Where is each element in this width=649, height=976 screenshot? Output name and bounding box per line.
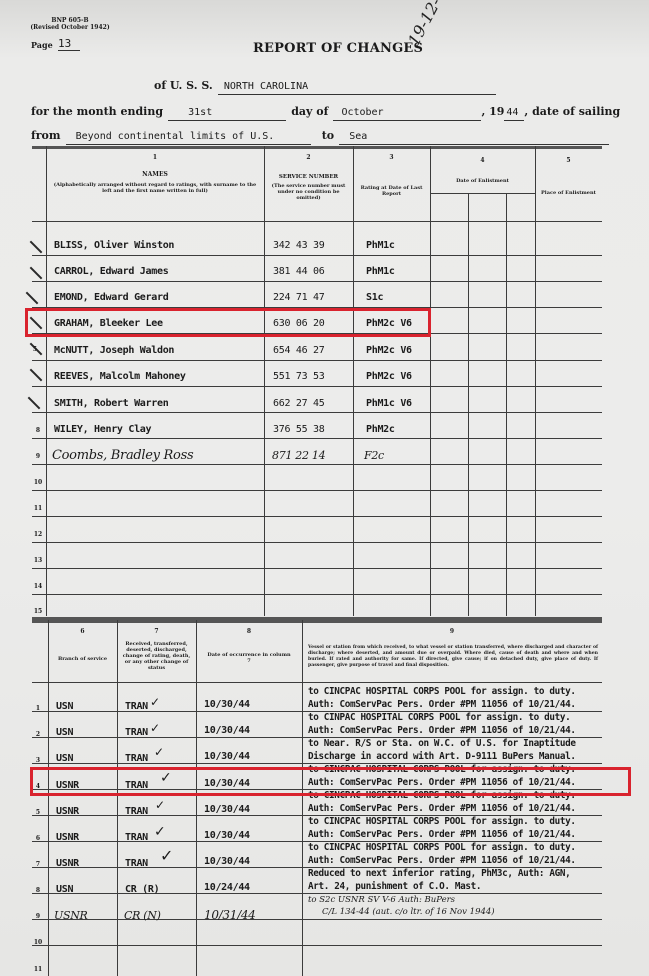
service-number-cell: 342 43 39 xyxy=(273,240,325,251)
day-value: 31st xyxy=(168,107,286,121)
col2-number: 2 xyxy=(264,154,353,161)
col1-note: (Alphabetically arranged without regard … xyxy=(50,182,260,194)
date-cell: 10/30/44 xyxy=(204,856,250,867)
col4-number: 4 xyxy=(430,157,535,164)
branch-cell: USNR xyxy=(56,832,79,843)
row-number: 10 xyxy=(33,479,43,486)
highlight-box-upper-row-4 xyxy=(25,308,431,337)
branch-cell: USN xyxy=(56,701,73,712)
date-cell: 10/30/44 xyxy=(204,699,250,710)
checkmark-icon xyxy=(28,397,41,410)
name-cell: EMOND, Edward Gerard xyxy=(54,292,168,303)
checkmark-icon xyxy=(26,292,39,305)
col1-number: 1 xyxy=(46,154,264,161)
col5-title: Place of Enlistment xyxy=(535,190,602,196)
service-number-cell: 551 73 53 xyxy=(273,371,325,382)
col4-title: Date of Enlistment xyxy=(430,178,535,184)
upper-col-line xyxy=(468,193,469,616)
col9-number: 9 xyxy=(302,628,602,635)
col2-title: SERVICE NUMBER xyxy=(264,174,353,180)
ship-name: NORTH CAROLINA xyxy=(218,81,496,95)
document-title: REPORT OF CHANGES xyxy=(253,41,423,56)
row-number: 5 xyxy=(30,346,40,353)
rating-cell: S1c xyxy=(366,292,383,303)
upper-col-line xyxy=(506,193,507,616)
remarks-line-2: C/L 134-44 (aut. c/o ltr. of 16 Nov 1944… xyxy=(322,906,495,918)
service-number-cell: 376 55 38 xyxy=(273,424,325,435)
enlistment-subheader-line xyxy=(430,193,535,194)
checkmark-icon: ✓ xyxy=(154,745,164,759)
status-cell: TRAN xyxy=(125,753,148,764)
ship-line: of U. S. S. NORTH CAROLINA xyxy=(154,74,496,95)
checkmark-icon xyxy=(30,241,43,254)
remarks-line-1: to CINCPAC HOSPITAL CORPS POOL for assig… xyxy=(308,685,576,698)
row-number: 9 xyxy=(33,913,43,920)
checkmark-icon: ✓ xyxy=(155,798,165,812)
status-cell: TRAN xyxy=(125,832,148,843)
branch-cell: USN xyxy=(56,884,73,895)
from-line: from Beyond continental limits of U.S. t… xyxy=(31,124,609,145)
day-of-label: day of xyxy=(291,105,328,118)
row-line xyxy=(32,945,602,946)
upper-col-line xyxy=(430,146,431,616)
remarks-line-2: Auth: ComServPac Pers. Order #PM 11056 o… xyxy=(308,698,576,711)
branch-cell: USNR xyxy=(54,909,88,922)
lower-col-line xyxy=(196,620,197,976)
branch-cell: USN xyxy=(56,753,73,764)
remarks-line-2: Auth: ComServPac Pers. Order #PM 11056 o… xyxy=(308,724,576,737)
date-cell: 10/31/44 xyxy=(204,908,256,922)
remarks-line-1: to CINCPAC HOSPITAL CORPS POOL for assig… xyxy=(308,815,576,828)
row-number: 8 xyxy=(33,427,43,434)
uss-label: of U. S. S. xyxy=(154,79,213,92)
remarks-line-2: Auth: ComServPac Pers. Order #PM 11056 o… xyxy=(308,828,576,841)
row-number: 1 xyxy=(33,705,43,712)
remarks-line-1: to Near. R/S or Sta. on W.C. of U.S. for… xyxy=(308,737,576,750)
name-cell: SMITH, Robert Warren xyxy=(54,398,168,409)
col6-number: 6 xyxy=(48,628,117,635)
lower-col-line xyxy=(117,620,118,976)
rating-cell: PhM2c xyxy=(366,424,395,435)
to-value: Sea xyxy=(339,131,609,145)
remarks-line-2: Auth: ComServPac Pers. Order #PM 11056 o… xyxy=(308,854,576,867)
remarks-line-2: Auth: ComServPac Pers. Order #PM 11056 o… xyxy=(308,802,576,815)
date-cell: 10/30/44 xyxy=(204,725,250,736)
checkmark-icon xyxy=(30,369,43,382)
month-value: October xyxy=(333,107,481,121)
branch-cell: USN xyxy=(56,727,73,738)
col7-number: 7 xyxy=(117,628,196,635)
row-line xyxy=(32,438,602,439)
page-label: Page xyxy=(31,40,53,50)
remarks-line-1: to CINPAC HOSPITAL CORPS POOL for assign… xyxy=(308,711,570,724)
row-number: 13 xyxy=(33,557,43,564)
col5-number: 5 xyxy=(535,157,602,164)
row-number: 9 xyxy=(33,453,43,460)
service-number-cell: 381 44 06 xyxy=(273,266,325,277)
row-number: 11 xyxy=(33,505,43,512)
row-number: 11 xyxy=(33,966,43,973)
remarks-line-2: Art. 24, punishment of C.O. Mast. xyxy=(308,880,481,893)
rating-cell: F2c xyxy=(364,449,384,462)
status-cell: CR (N) xyxy=(124,909,161,922)
rating-cell: PhM2c V6 xyxy=(366,345,412,356)
status-cell: TRAN xyxy=(125,701,148,712)
date-cell: 10/30/44 xyxy=(204,751,250,762)
col3-title: Rating at Date of Last Report xyxy=(358,185,425,197)
col9-title: Vessel or station from which received, t… xyxy=(308,645,598,669)
row-line xyxy=(32,542,602,543)
row-number: 12 xyxy=(33,531,43,538)
row-number: 5 xyxy=(33,809,43,816)
row-number: 2 xyxy=(33,731,43,738)
name-cell: Coombs, Bradley Ross xyxy=(52,448,193,463)
branch-cell: USNR xyxy=(56,806,79,817)
from-value: Beyond continental limits of U.S. xyxy=(66,131,311,145)
col7-title: Received, transferred, deserted, dischar… xyxy=(120,641,193,671)
from-label: from xyxy=(31,129,61,142)
year-prefix: , 19 xyxy=(481,105,504,118)
row-line xyxy=(32,919,602,920)
row-line xyxy=(32,568,602,569)
upper-header-bottom-border xyxy=(32,221,602,222)
form-number: BNP 605-B xyxy=(30,17,110,24)
name-cell: CARROL, Edward James xyxy=(54,266,168,277)
name-cell: WILEY, Henry Clay xyxy=(54,424,151,435)
row-line xyxy=(32,386,602,387)
remarks-line-2: Discharge in accord with Art. D-9111 BuP… xyxy=(308,750,576,763)
status-cell: TRAN xyxy=(125,806,148,817)
checkmark-icon: ✓ xyxy=(154,824,166,840)
upper-table-top-border xyxy=(32,146,602,149)
row-number: 8 xyxy=(33,887,43,894)
checkmark-icon: ✓ xyxy=(150,695,160,709)
row-line xyxy=(32,516,602,517)
rating-cell: PhM1c xyxy=(366,240,395,251)
sailing-label: , date of sailing xyxy=(524,105,620,118)
row-number: 10 xyxy=(33,939,43,946)
page-number: 13 xyxy=(58,37,80,51)
row-line xyxy=(32,490,602,491)
name-cell: REEVES, Malcolm Mahoney xyxy=(54,371,186,382)
rating-cell: PhM1c V6 xyxy=(366,398,412,409)
date-cell: 10/24/44 xyxy=(204,882,250,893)
checkmark-icon: ✓ xyxy=(160,846,173,865)
highlight-box-lower-row-4 xyxy=(30,767,631,796)
month-ending-label: for the month ending xyxy=(31,105,163,118)
status-cell: TRAN xyxy=(125,858,148,869)
upper-col-line xyxy=(353,146,354,616)
row-line xyxy=(32,594,602,595)
row-number: 7 xyxy=(33,861,43,868)
remarks-line-1: to CINCPAC HOSPITAL CORPS POOL for assig… xyxy=(308,841,576,854)
checkmark-icon xyxy=(30,267,43,280)
date-cell: 10/30/44 xyxy=(204,804,250,815)
row-number: 14 xyxy=(33,583,43,590)
col6-title: Branch of service xyxy=(50,656,115,662)
checkmark-icon: ✓ xyxy=(150,721,160,735)
handwritten-date: 19-12-44 xyxy=(404,0,455,49)
rating-cell: PhM2c V6 xyxy=(366,371,412,382)
form-id: BNP 605-B (Revised October 1942) xyxy=(30,17,110,31)
month-line: for the month ending 31st day of October… xyxy=(31,100,620,121)
row-line xyxy=(32,255,602,256)
year-value: 44 xyxy=(504,107,524,121)
upper-col-line xyxy=(535,146,536,616)
row-line xyxy=(32,464,602,465)
rating-cell: PhM1c xyxy=(366,266,395,277)
lower-col-line xyxy=(302,620,303,976)
service-number-cell: 654 46 27 xyxy=(273,345,325,356)
row-number: 3 xyxy=(33,757,43,764)
remarks-line-1: Reduced to next inferior rating, PhM3c, … xyxy=(308,867,570,880)
row-line xyxy=(32,281,602,282)
col1-title: NAMES xyxy=(46,172,264,178)
service-number-cell: 871 22 14 xyxy=(272,449,325,462)
name-cell: BLISS, Oliver Winston xyxy=(54,240,174,251)
service-number-cell: 662 27 45 xyxy=(273,398,325,409)
status-cell: CR (R) xyxy=(125,884,159,895)
row-line xyxy=(32,360,602,361)
remarks-line-1: to S2c USNR SV V-6 Auth: BuPers xyxy=(308,894,455,906)
row-number: 6 xyxy=(33,835,43,842)
status-cell: TRAN xyxy=(125,727,148,738)
col8-number: 8 xyxy=(196,628,302,635)
name-cell: McNUTT, Joseph Waldon xyxy=(54,345,174,356)
service-number-cell: 224 71 47 xyxy=(273,292,325,303)
date-cell: 10/30/44 xyxy=(204,830,250,841)
to-label: to xyxy=(322,129,334,142)
col3-number: 3 xyxy=(353,154,430,161)
form-revision: (Revised October 1942) xyxy=(30,24,110,31)
row-number: 15 xyxy=(33,608,43,615)
lower-col-line xyxy=(48,620,49,976)
branch-cell: USNR xyxy=(56,858,79,869)
col2-note: (The service number must under no condit… xyxy=(268,183,349,201)
document-page: BNP 605-B (Revised October 1942) Page 13… xyxy=(0,0,649,976)
upper-col-line xyxy=(264,146,265,616)
row-line xyxy=(32,412,602,413)
upper-col-line xyxy=(46,146,47,616)
col8-title: Date of occurrence in column 7 xyxy=(206,652,292,664)
